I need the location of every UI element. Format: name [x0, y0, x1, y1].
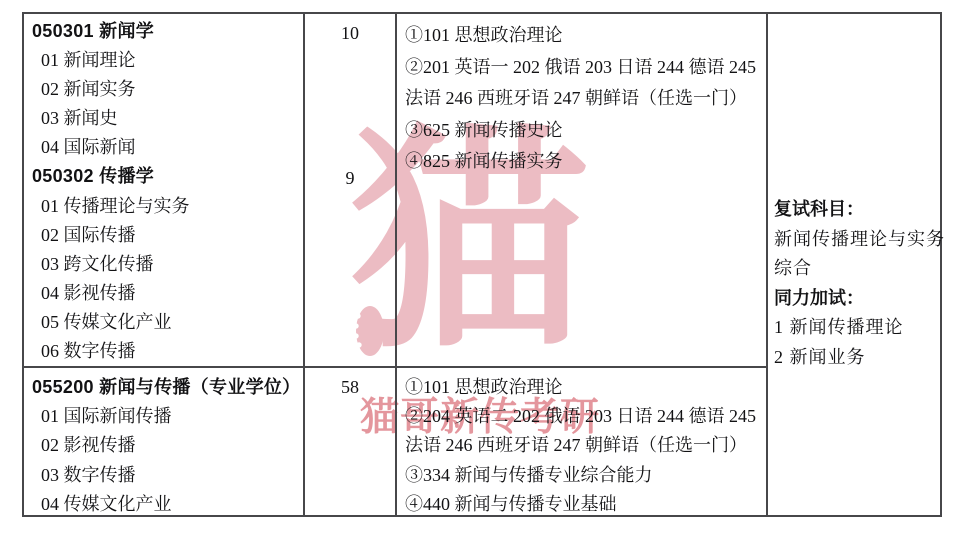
exam-subject-line: ③334 新闻与传播专业综合能力 [405, 461, 756, 490]
retest-subject-line: 综合 [774, 254, 945, 284]
majors-cell-row1: 050301 新闻学 01 新闻理论 02 新闻实务 03 新闻史 04 国际新… [32, 17, 190, 366]
research-direction: 04 国际新闻 [32, 133, 190, 162]
quota-value: 10 [305, 19, 395, 48]
exam-subject-line: ①101 思想政治理论 [405, 20, 756, 52]
column-divider-3 [766, 14, 768, 515]
exam-subjects-row1: ①101 思想政治理论 ②201 英语一 202 俄语 203 日语 244 德… [405, 20, 756, 178]
exam-subject-line: ④825 新闻传播实务 [405, 146, 756, 178]
research-direction: 01 国际新闻传播 [32, 402, 300, 431]
majors-cell-row2: 055200 新闻与传播（专业学位） 01 国际新闻传播 02 影视传播 03 … [32, 373, 300, 519]
research-direction: 02 影视传播 [32, 431, 300, 460]
admissions-table: 050301 新闻学 01 新闻理论 02 新闻实务 03 新闻史 04 国际新… [22, 12, 942, 517]
row-divider [24, 366, 768, 368]
exam-subject-line: ④440 新闻与传播专业基础 [405, 490, 756, 519]
exam-subject-line: ②201 英语一 202 俄语 203 日语 244 德语 245 [405, 52, 756, 84]
exam-subject-line: ②204 英语二 202 俄语 203 日语 244 德语 245 [405, 402, 756, 431]
exam-subjects-row2: ①101 思想政治理论 ②204 英语二 202 俄语 203 日语 244 德… [405, 373, 756, 519]
quota-value: 9 [305, 164, 395, 193]
research-direction: 04 传媒文化产业 [32, 490, 300, 519]
retest-subject-line: 新闻传播理论与实务 [774, 225, 945, 255]
research-direction: 05 传媒文化产业 [32, 308, 190, 337]
column-divider-1 [303, 14, 305, 515]
column-divider-2 [395, 14, 397, 515]
major-code-title: 055200 新闻与传播（专业学位） [32, 373, 300, 402]
research-direction: 01 传播理论与实务 [32, 192, 190, 221]
research-direction: 02 国际传播 [32, 221, 190, 250]
exam-subject-line: ①101 思想政治理论 [405, 373, 756, 402]
quota-value: 58 [305, 373, 395, 402]
exam-subject-line: 法语 246 西班牙语 247 朝鲜语（任选一门） [405, 83, 756, 115]
exam-subject-line: ③625 新闻传播史论 [405, 115, 756, 147]
research-direction: 03 新闻史 [32, 104, 190, 133]
makeup-test-line: 2 新闻业务 [774, 343, 945, 373]
research-direction: 01 新闻理论 [32, 46, 190, 75]
retest-panel: 复试科目： 新闻传播理论与实务 综合 同力加试： 1 新闻传播理论 2 新闻业务 [774, 195, 945, 373]
exam-subject-line: 法语 246 西班牙语 247 朝鲜语（任选一门） [405, 431, 756, 460]
research-direction: 03 跨文化传播 [32, 250, 190, 279]
document-page: 猫 猫哥新传考研 050301 新闻学 01 新闻理论 02 新闻实务 03 新… [0, 0, 960, 536]
major-code-title: 050302 传播学 [32, 162, 190, 191]
makeup-test-line: 1 新闻传播理论 [774, 313, 945, 343]
research-direction: 03 数字传播 [32, 461, 300, 490]
retest-heading: 复试科目： [774, 195, 945, 225]
makeup-test-heading: 同力加试： [774, 284, 945, 314]
research-direction: 04 影视传播 [32, 279, 190, 308]
major-code-title: 050301 新闻学 [32, 17, 190, 46]
research-direction: 06 数字传播 [32, 337, 190, 366]
research-direction: 02 新闻实务 [32, 75, 190, 104]
